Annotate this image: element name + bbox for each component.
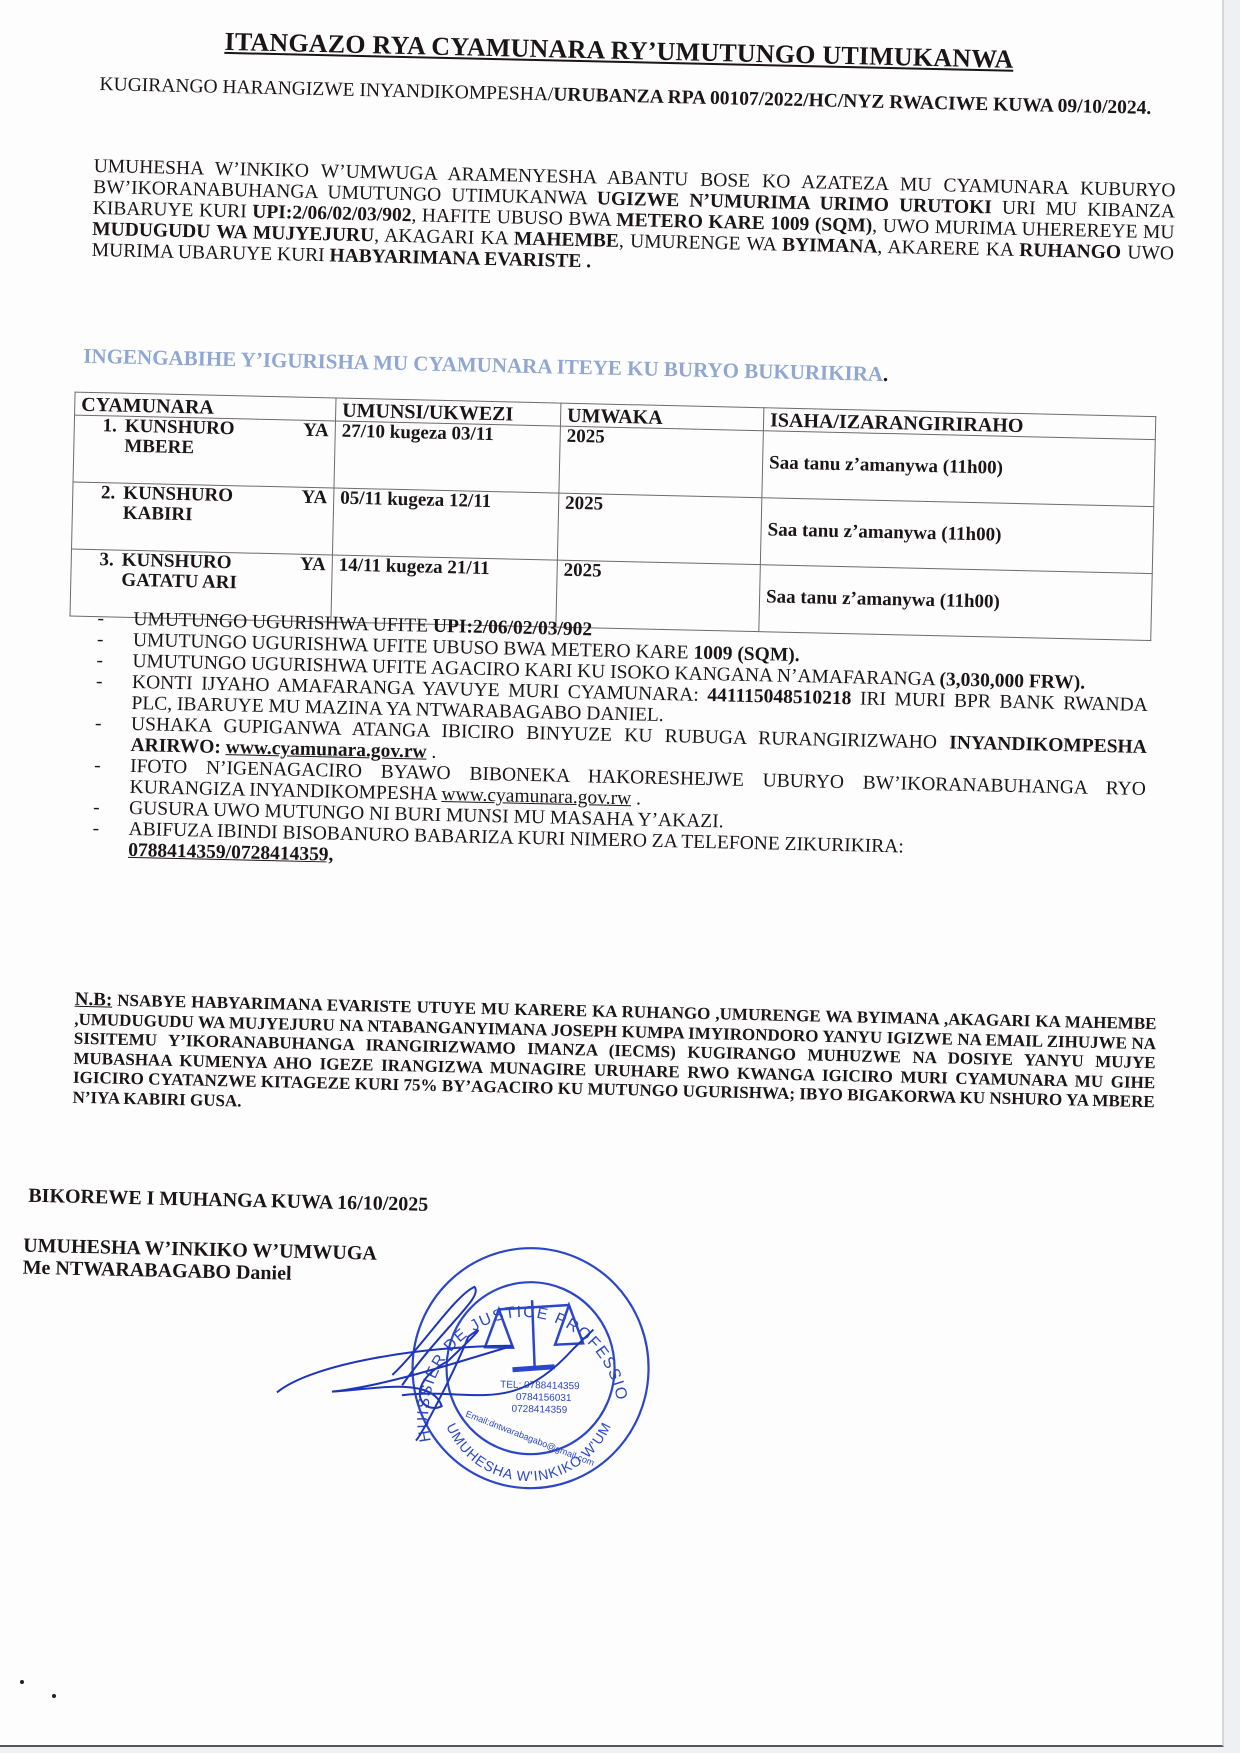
svg-text:HUISSIER DE JUSTICE PROFESSION: HUISSIER DE JUSTICE PROFESSIONNEL <box>270 1232 634 1448</box>
auction-round-cell: 2.KUNSHURO YAKABIRI <box>72 482 334 555</box>
auction-schedule-table: CYAMUNARA UMUNSI/UKWEZI UMWAKA ISAHA/IZA… <box>69 392 1156 641</box>
announcement-paragraph: UMUHESHA W’INKIKO W’UMWUGA ARAMENYESHA A… <box>92 156 1176 286</box>
closing-time-cell: Saa tanu z’amanywa (11h00) <box>762 431 1155 507</box>
year-cell: 2025 <box>557 493 761 565</box>
year-cell: 2025 <box>559 426 763 498</box>
note-label: N.B: <box>75 989 113 1011</box>
property-details-list: UMUTUNGO UGURISHWA UFITE UPI:2/06/02/03/… <box>84 608 1149 884</box>
closing-time-cell: Saa tanu z’amanywa (11h00) <box>760 498 1153 574</box>
contact-phone-numbers[interactable]: 0788414359/0728414359, <box>128 840 334 866</box>
date-range-cell: 27/10 kugeza 03/11 <box>334 421 560 493</box>
document-title: ITANGAZO RYA CYAMUNARA RY’UMUTUNGO UTIMU… <box>224 27 1014 75</box>
stamp-text: HUISSIER DE JUSTICE PROFESSIONNEL UMUHES… <box>270 1232 634 1486</box>
document-page: ITANGAZO RYA CYAMUNARA RY’UMUTUNGO UTIMU… <box>0 0 1224 1747</box>
case-number: URUBANZA RPA 00107/2022/HC/NYZ RWACIWE K… <box>553 84 1151 119</box>
scanned-content: ITANGAZO RYA CYAMUNARA RY’UMUTUNGO UTIMU… <box>14 0 1240 14</box>
auction-round-cell: 1.KUNSHURO YAMBERE <box>73 415 335 488</box>
case-reference: KUGIRANGO HARANGIZWE INYANDIKOMPESHA/URU… <box>99 74 1179 119</box>
issue-date-line: BIKOREWE I MUHANGA KUWA 16/10/2025 <box>28 1185 428 1217</box>
note-text: NSABYE HABYARIMANA EVARISTE UTUYE MU KAR… <box>72 991 1156 1112</box>
schedule-heading: INGENGABIHE Y’IGURISHA MU CYAMUNARA ITEY… <box>83 344 889 387</box>
svg-text:0728414359: 0728414359 <box>511 1404 567 1416</box>
note-block: N.B: NSABYE HABYARIMANA EVARISTE UTUYE M… <box>72 990 1156 1132</box>
date-range-cell: 05/11 kugeza 12/11 <box>332 488 558 560</box>
official-stamp-and-signature: HUISSIER DE JUSTICE PROFESSIONNEL UMUHES… <box>270 1232 696 1501</box>
svg-text:0784156031: 0784156031 <box>516 1392 572 1404</box>
